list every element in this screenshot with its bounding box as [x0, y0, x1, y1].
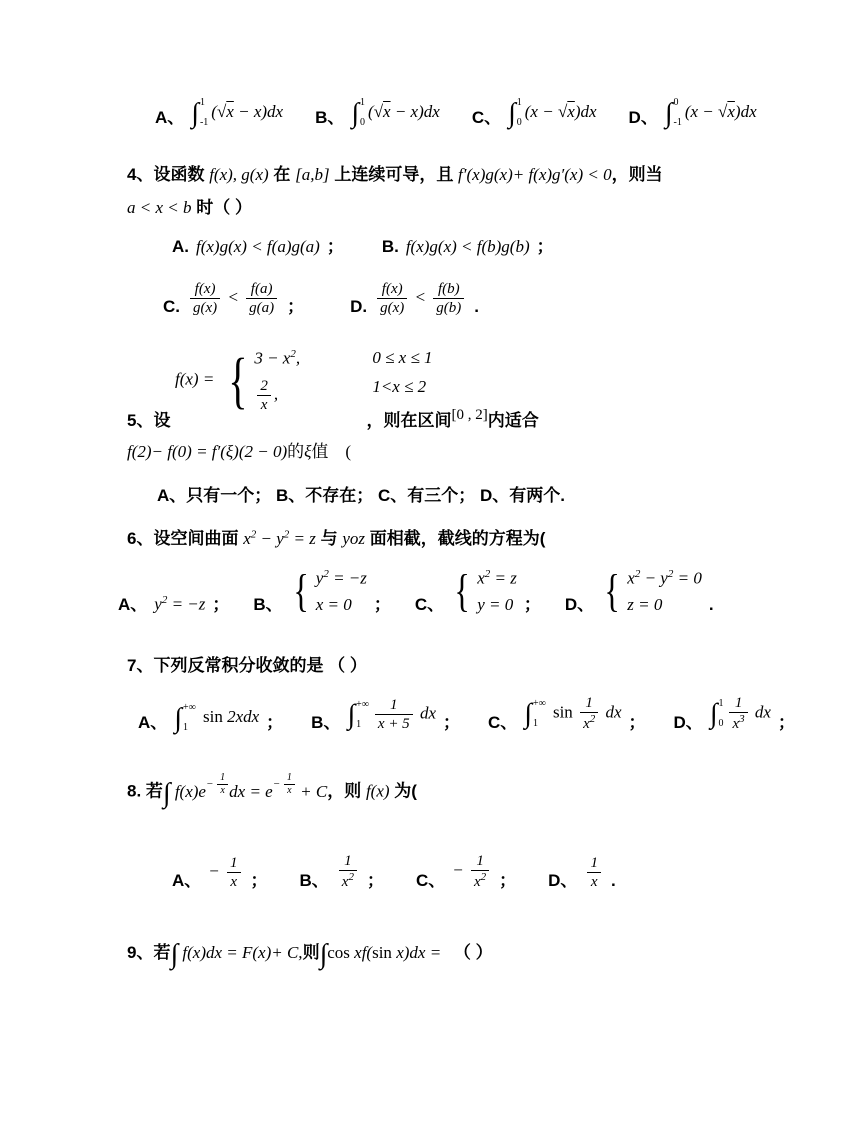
question-6-options: A、 y2 = −z ； B、 {y2 = −zx = 0 ； C、 {x2 =… [118, 568, 714, 615]
question-5-piecewise-function: f(x) = {3 − x2,0 ≤ x ≤ 12x,1<x ≤ 2 [175, 348, 433, 414]
option-separator: ； [629, 708, 646, 733]
math-expression: f(x)g(x) < f(a)g(a) [196, 237, 320, 257]
option-d: D、 1x . [548, 854, 616, 891]
question-4-stem-line1: 4、设函数 f(x), g(x) 在 [a,b] 上连续可导，且 f′(x)g(… [127, 160, 663, 185]
option-separator: ； [212, 590, 229, 615]
option-separator: ； [287, 292, 304, 317]
question-8-stem: 8. 若∫ f(x)e− 1xdx = e− 1x + C，则 f(x) 为( [127, 772, 417, 808]
option-b: B、 ∫10(√x − x)dx [315, 98, 440, 128]
option-label: B、 [300, 866, 329, 891]
option-label: B、 [253, 590, 282, 615]
option-separator: ； [443, 708, 460, 733]
math-expression: ∫101x3 dx [710, 694, 771, 733]
math-expression: {x2 − y2 = 0z = 0 [601, 568, 702, 615]
option-a: A、 ∫1-1(√x − x)dx [155, 98, 283, 128]
option-separator: ； [499, 866, 516, 891]
math-expression: {y2 = −zx = 0 [290, 568, 367, 615]
question-5-equation: f(2)− f(0) = f′(ξ)(2 − 0)的ξ值 ( [127, 437, 351, 462]
math-expression: 1x2 [336, 852, 360, 891]
option-a: A、 − 1x ； [172, 854, 268, 891]
exam-page: { "page": {"background": "#ffffff", "tex… [0, 0, 866, 1122]
option-a: A、 y2 = −z ； [118, 590, 229, 615]
option-label: D. [350, 297, 367, 317]
option-label: C. [163, 297, 180, 317]
math-expression: ∫1-1(√x − x)dx [191, 98, 283, 128]
math-expression: − 1x [208, 854, 243, 891]
option-b: B、 ∫+∞11x + 5 dx ； [311, 696, 460, 733]
question-7-stem: 7、下列反常积分收敛的是 （ ） [127, 651, 367, 676]
question-9-stem: 9、若∫ f(x)dx = F(x)+ C,则∫cos xf(sin x)dx … [127, 938, 493, 969]
question-5-options: A、只有一个； B、不存在； C、有三个； D、有两个. [157, 481, 565, 506]
option-separator: . [474, 297, 479, 317]
option-a: A. f(x)g(x) < f(a)g(a) ； [172, 232, 344, 257]
option-label: A、 [172, 866, 201, 891]
math-expression: f(x)g(x) < f(b)g(b) [374, 280, 467, 317]
option-separator: ； [251, 866, 268, 891]
question-3-options-row: A、 ∫1-1(√x − x)dx B、 ∫10(√x − x)dx C、 ∫1… [155, 98, 757, 128]
option-a: A、 ∫+∞1 sin 2xdx ； [138, 703, 283, 733]
option-separator: ； [537, 232, 554, 257]
math-expression: − 1x2 [452, 852, 492, 891]
option-separator: ； [367, 866, 384, 891]
option-label: C、 [488, 708, 517, 733]
option-c: C. f(x)g(x) < f(a)g(a) ； [163, 280, 304, 317]
option-label: D、 [674, 708, 703, 733]
option-d: D、 {x2 − y2 = 0z = 0 . [565, 568, 714, 615]
question-5-stem: 5、设，则在区间[0 , 2]内适合 [127, 406, 539, 431]
question-6-stem: 6、设空间曲面 x2 − y2 = z 与 yoz 面相截，截线的方程为( [127, 524, 545, 549]
option-label: D、 [548, 866, 577, 891]
option-label: B、 [311, 708, 340, 733]
math-expression: {x2 = zy = 0 [451, 568, 517, 615]
option-label: C、 [416, 866, 445, 891]
option-c: C、 − 1x2 ； [416, 852, 516, 891]
question-4-options-ab: A. f(x)g(x) < f(a)g(a) ； B. f(x)g(x) < f… [172, 232, 554, 257]
option-label: B、 [315, 103, 344, 128]
question-4-stem-line2: a < x < b 时（ ） [127, 193, 252, 218]
option-separator: ； [524, 590, 541, 615]
option-label: A、 [155, 103, 184, 128]
option-separator: ； [778, 708, 795, 733]
option-label: D、 [629, 103, 658, 128]
math-expression: ∫10(x − √x)dx [508, 98, 596, 128]
option-d: D、 ∫0-1(x − √x)dx [629, 98, 757, 128]
option-separator: ； [266, 708, 283, 733]
option-label: B. [382, 237, 399, 257]
option-label: A、 [118, 590, 147, 615]
option-separator: ； [374, 590, 391, 615]
math-expression: ∫+∞11x + 5 dx [347, 696, 436, 733]
option-label: A、 [138, 708, 167, 733]
option-d: D. f(x)g(x) < f(b)g(b) . [350, 280, 479, 317]
math-expression: ∫10(√x − x)dx [351, 98, 439, 128]
option-d: D、 ∫101x3 dx ； [674, 694, 795, 733]
math-expression: ∫+∞1 sin 1x2 dx [524, 694, 621, 733]
math-expression: ∫0-1(x − √x)dx [665, 98, 757, 128]
question-8-options: A、 − 1x ； B、 1x2 ； C、 − 1x2 ； D、 1x . [172, 852, 616, 891]
option-label: A. [172, 237, 189, 257]
option-separator: . [611, 871, 616, 891]
math-expression: ∫+∞1 sin 2xdx [174, 703, 259, 733]
option-b: B、 {y2 = −zx = 0 ； [253, 568, 390, 615]
option-b: B、 1x2 ； [300, 852, 384, 891]
option-label: C、 [415, 590, 444, 615]
option-c: C、 ∫10(x − √x)dx [472, 98, 597, 128]
question-7-options: A、 ∫+∞1 sin 2xdx ； B、 ∫+∞11x + 5 dx ； C、… [138, 694, 795, 733]
option-b: B. f(x)g(x) < f(b)g(b) ； [382, 232, 554, 257]
math-expression: y2 = −z [154, 594, 205, 615]
option-c: C、 {x2 = zy = 0 ； [415, 568, 541, 615]
option-label: D、 [565, 590, 594, 615]
math-expression: f(x)g(x) < f(b)g(b) [406, 237, 530, 257]
option-c: C、 ∫+∞1 sin 1x2 dx ； [488, 694, 646, 733]
option-separator: ； [327, 232, 344, 257]
option-separator: . [709, 595, 714, 615]
math-expression: f(x)g(x) < f(a)g(a) [187, 280, 280, 317]
math-expression: 1x [584, 854, 604, 891]
question-4-options-cd: C. f(x)g(x) < f(a)g(a) ； D. f(x)g(x) < f… [163, 280, 479, 317]
option-label: C、 [472, 103, 501, 128]
